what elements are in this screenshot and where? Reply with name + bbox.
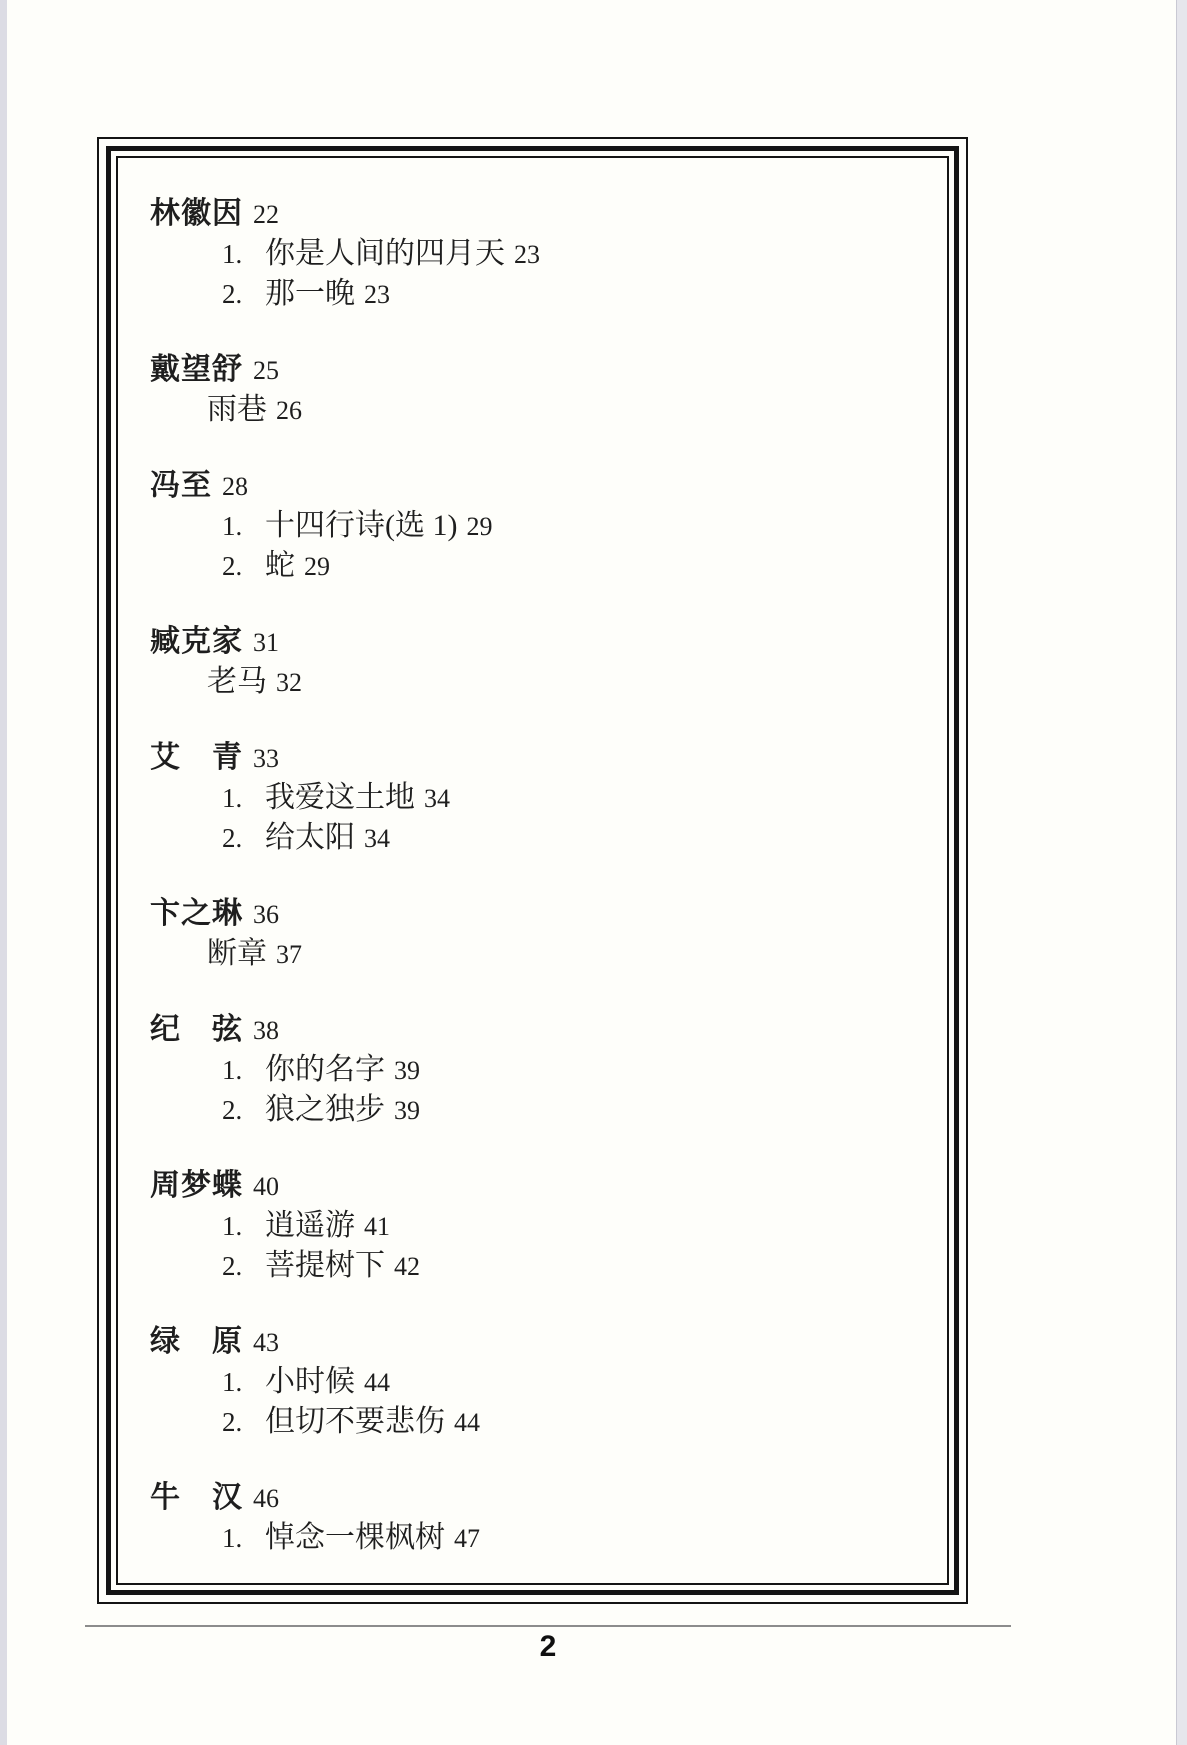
toc-poem-line: 雨巷26 [150, 390, 927, 430]
toc-poem-line: 1.你的名字39 [150, 1050, 927, 1090]
author-page-number: 40 [253, 1172, 279, 1201]
toc-poem-line: 断章37 [150, 934, 927, 974]
poem-page-number: 29 [304, 552, 330, 581]
poem-list-number: 1. [222, 778, 265, 818]
scan-edge-left [0, 0, 7, 1745]
poem-list-number: 1. [222, 506, 265, 546]
poem-title: 蛇 [265, 549, 295, 582]
poem-title: 我爱这土地 [265, 781, 415, 814]
toc-poem-line: 1.逍遥游41 [150, 1206, 927, 1246]
author-page-number: 43 [253, 1328, 279, 1357]
poem-list-number: 2. [222, 274, 265, 314]
poem-page-number: 42 [394, 1252, 420, 1281]
poem-list-number: 1. [222, 1362, 265, 1402]
poem-list-number: 1. [222, 1206, 265, 1246]
author-page-number: 36 [253, 900, 279, 929]
toc-poem-line: 1.你是人间的四月天23 [150, 234, 927, 274]
poem-title: 十四行诗(选 1) [265, 509, 457, 542]
toc-author-line: 绿 原43 [150, 1322, 927, 1362]
toc-section: 卞之琳36断章37 [150, 894, 927, 974]
author-name: 冯至 [150, 469, 212, 502]
toc-section: 林徽因221.你是人间的四月天232.那一晚23 [150, 194, 927, 314]
poem-title: 那一晚 [265, 277, 355, 310]
scan-edge-right [1176, 0, 1187, 1745]
poem-list-number: 2. [222, 1246, 265, 1286]
author-name: 艾 青 [150, 741, 243, 774]
toc-author-line: 周梦蝶40 [150, 1166, 927, 1206]
toc-author-line: 林徽因22 [150, 194, 927, 234]
author-name: 臧克家 [150, 625, 243, 658]
toc-section: 牛 汉461.悼念一棵枫树47 [150, 1478, 927, 1558]
poem-list-number: 2. [222, 1402, 265, 1442]
author-name: 卞之琳 [150, 897, 243, 930]
toc-section: 周梦蝶401.逍遥游412.菩提树下42 [150, 1166, 927, 1286]
toc-author-line: 冯至28 [150, 466, 927, 506]
poem-page-number: 34 [424, 784, 450, 813]
poem-title: 悼念一棵枫树 [265, 1521, 445, 1554]
author-page-number: 46 [253, 1484, 279, 1513]
author-page-number: 28 [222, 472, 248, 501]
toc-section: 冯至281.十四行诗(选 1)292.蛇29 [150, 466, 927, 586]
toc-author-line: 牛 汉46 [150, 1478, 927, 1518]
toc-section: 艾 青331.我爱这土地342.给太阳34 [150, 738, 927, 858]
toc-poem-line: 2.给太阳34 [150, 818, 927, 858]
author-page-number: 25 [253, 356, 279, 385]
poem-list-number: 2. [222, 818, 265, 858]
toc-poem-line: 2.菩提树下42 [150, 1246, 927, 1286]
poem-page-number: 39 [394, 1056, 420, 1085]
poem-page-number: 32 [276, 668, 302, 697]
toc-poem-line: 1.我爱这土地34 [150, 778, 927, 818]
poem-page-number: 47 [454, 1524, 480, 1553]
poem-page-number: 37 [276, 940, 302, 969]
poem-title: 逍遥游 [265, 1209, 355, 1242]
poem-list-number: 1. [222, 234, 265, 274]
poem-title: 小时候 [265, 1365, 355, 1398]
toc-section: 纪 弦381.你的名字392.狼之独步39 [150, 1010, 927, 1130]
poem-page-number: 29 [466, 512, 492, 541]
poem-title: 老马 [207, 665, 267, 698]
toc-frame-outer-border: 林徽因221.你是人间的四月天232.那一晚23戴望舒25雨巷26冯至281.十… [97, 137, 968, 1604]
poem-page-number: 41 [364, 1212, 390, 1241]
toc-section: 绿 原431.小时候442.但切不要悲伤44 [150, 1322, 927, 1442]
author-name: 林徽因 [150, 197, 243, 230]
poem-title: 你是人间的四月天 [265, 237, 505, 270]
poem-list-number: 1. [222, 1518, 265, 1558]
author-name: 戴望舒 [150, 353, 243, 386]
toc-poem-line: 2.那一晚23 [150, 274, 927, 314]
poem-title: 给太阳 [265, 821, 355, 854]
toc-poem-line: 2.但切不要悲伤44 [150, 1402, 927, 1442]
poem-title: 你的名字 [265, 1053, 385, 1086]
poem-page-number: 23 [514, 240, 540, 269]
poem-list-number: 2. [222, 1090, 265, 1130]
toc-author-line: 卞之琳36 [150, 894, 927, 934]
toc-poem-line: 2.蛇29 [150, 546, 927, 586]
poem-title: 但切不要悲伤 [265, 1405, 445, 1438]
toc-poem-line: 2.狼之独步39 [150, 1090, 927, 1130]
poem-title: 断章 [207, 937, 267, 970]
poem-list-number: 1. [222, 1050, 265, 1090]
author-page-number: 33 [253, 744, 279, 773]
poem-list-number: 2. [222, 546, 265, 586]
toc-sections: 林徽因221.你是人间的四月天232.那一晚23戴望舒25雨巷26冯至281.十… [118, 158, 947, 1583]
toc-frame-inner-border: 林徽因221.你是人间的四月天232.那一晚23戴望舒25雨巷26冯至281.十… [116, 156, 949, 1585]
poem-page-number: 44 [454, 1408, 480, 1437]
toc-author-line: 艾 青33 [150, 738, 927, 778]
author-page-number: 22 [253, 200, 279, 229]
toc-author-line: 臧克家31 [150, 622, 927, 662]
author-page-number: 38 [253, 1016, 279, 1045]
toc-poem-line: 老马32 [150, 662, 927, 702]
author-name: 纪 弦 [150, 1013, 243, 1046]
author-page-number: 31 [253, 628, 279, 657]
author-name: 牛 汉 [150, 1481, 243, 1514]
poem-title: 雨巷 [207, 393, 267, 426]
toc-section: 戴望舒25雨巷26 [150, 350, 927, 430]
toc-section: 臧克家31老马32 [150, 622, 927, 702]
toc-author-line: 戴望舒25 [150, 350, 927, 390]
toc-poem-line: 1.悼念一棵枫树47 [150, 1518, 927, 1558]
author-name: 绿 原 [150, 1325, 243, 1358]
poem-title: 菩提树下 [265, 1249, 385, 1282]
footer-divider [85, 1625, 1011, 1627]
toc-poem-line: 1.十四行诗(选 1)29 [150, 506, 927, 546]
page-number: 2 [85, 1630, 1011, 1664]
author-name: 周梦蝶 [150, 1169, 243, 1202]
poem-page-number: 23 [364, 280, 390, 309]
poem-title: 狼之独步 [265, 1093, 385, 1126]
poem-page-number: 34 [364, 824, 390, 853]
toc-poem-line: 1.小时候44 [150, 1362, 927, 1402]
toc-frame-thick-border: 林徽因221.你是人间的四月天232.那一晚23戴望舒25雨巷26冯至281.十… [106, 146, 959, 1595]
poem-page-number: 26 [276, 396, 302, 425]
toc-author-line: 纪 弦38 [150, 1010, 927, 1050]
poem-page-number: 44 [364, 1368, 390, 1397]
poem-page-number: 39 [394, 1096, 420, 1125]
